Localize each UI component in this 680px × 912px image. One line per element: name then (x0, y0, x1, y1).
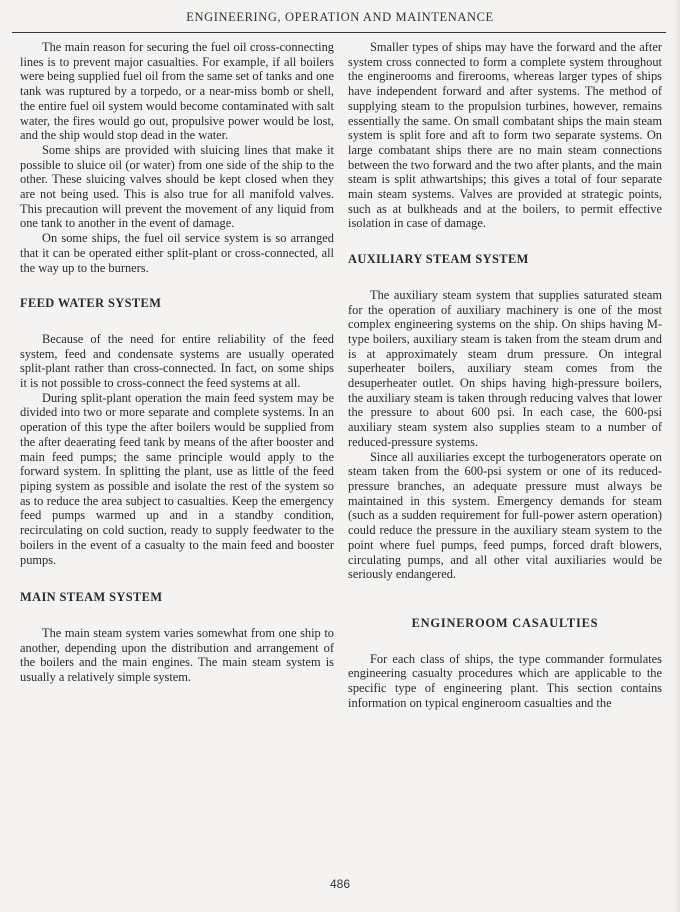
page-edge-shadow (674, 0, 680, 912)
section-heading-auxiliary-steam: AUXILIARY STEAM SYSTEM (348, 252, 662, 267)
paragraph: Since all auxiliaries except the turboge… (348, 450, 662, 582)
left-column: The main reason for securing the fuel oi… (20, 40, 334, 685)
paragraph: Smaller types of ships may have the forw… (348, 40, 662, 231)
section-heading-main-steam: MAIN STEAM SYSTEM (20, 590, 334, 605)
section-heading-feed-water: FEED WATER SYSTEM (20, 296, 334, 311)
paragraph: For each class of ships, the type comman… (348, 652, 662, 711)
paragraph: Because of the need for entire reliabili… (20, 332, 334, 391)
right-column: Smaller types of ships may have the forw… (348, 40, 662, 710)
section-heading-engineroom-casualties: ENGINEROOM CASAULTIES (348, 616, 662, 631)
paragraph: The main reason for securing the fuel oi… (20, 40, 334, 143)
paragraph: On some ships, the fuel oil service syst… (20, 231, 334, 275)
paragraph: During split-plant operation the main fe… (20, 391, 334, 567)
running-header: ENGINEERING, OPERATION AND MAINTENANCE (0, 10, 680, 25)
page-number: 486 (0, 877, 680, 891)
paragraph: The main steam system varies somewhat fr… (20, 626, 334, 685)
paragraph: The auxiliary steam system that supplies… (348, 288, 662, 450)
paragraph: Some ships are provided with sluicing li… (20, 143, 334, 231)
header-rule (12, 32, 666, 33)
